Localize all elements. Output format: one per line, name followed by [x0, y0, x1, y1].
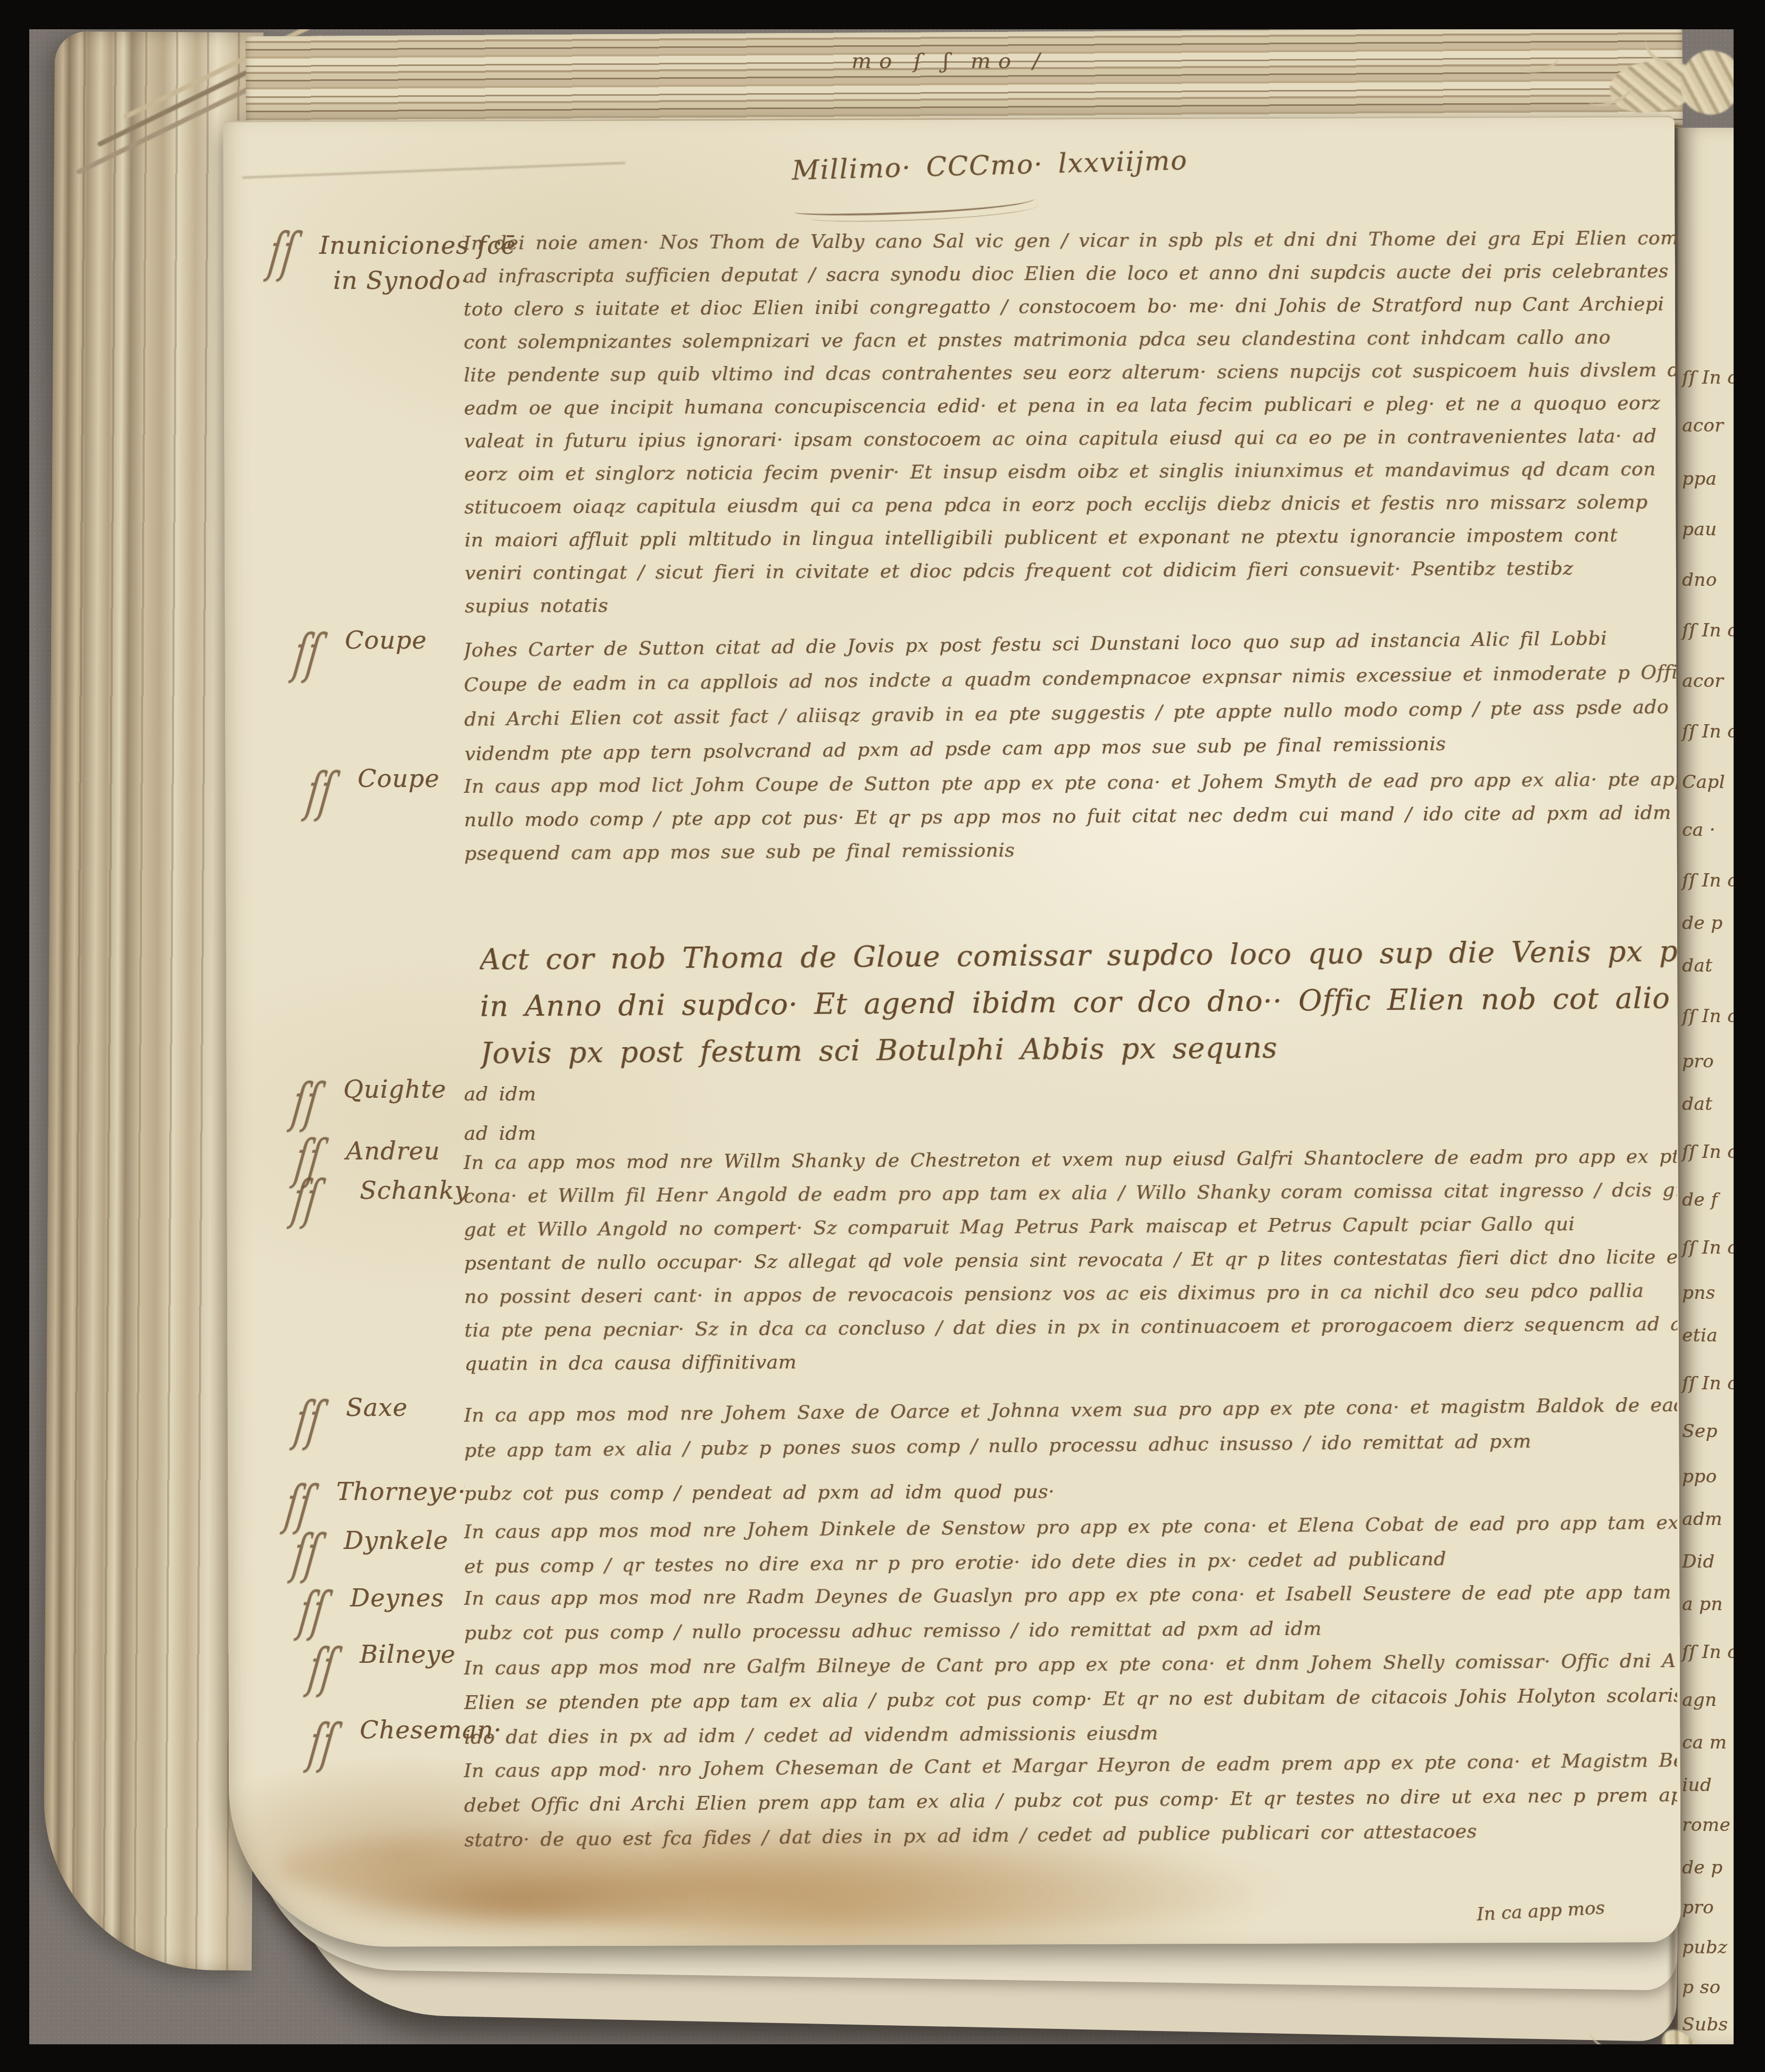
text-line: in maiori affluit ppli mltitudo in lingu… [465, 519, 1678, 557]
entry-coupe-1: ſſJohes Carter de Sutton citat ad die Jo… [463, 620, 1678, 772]
text-line: cont solempnizantes solempnizari ve facn… [463, 321, 1677, 359]
facing-page-line-stub: ſſ In c [1682, 1141, 1734, 1163]
facing-page-line-stub: pubz [1682, 1937, 1727, 1958]
text-line: psentant de nullo occupar· Sz allegat qd… [464, 1240, 1677, 1280]
manuscript-photo: ſſ In cacorppapaudnoſſ In cacorſſ In cCa… [0, 0, 1765, 2072]
facing-page-line-stub: pro [1682, 1897, 1714, 1918]
text-line: ad infrascripta sufficien deputat / sacr… [463, 255, 1677, 293]
text-line: Andreu [346, 1131, 469, 1171]
facing-page-line-stub: dat [1682, 1093, 1712, 1115]
facing-page-line-stub: de p [1682, 913, 1722, 934]
entry-coupe-2: ſſIn caus app mod lict Johm Coupe de Sut… [463, 763, 1677, 871]
text-line: cona· et Willm fil Henr Angold de eadm p… [463, 1173, 1677, 1213]
facing-page-line-stub: agn [1682, 1689, 1717, 1711]
facing-page-line-stub: a pn [1682, 1594, 1723, 1615]
text-line: lite pendente sup quib vltimo ind dcas c… [463, 354, 1677, 392]
entry-cheseman: ſſIn caus app mod· nro Johem Cheseman de… [463, 1743, 1678, 1858]
entry-saxe: ſſIn ca app mos mod nre Johem Saxe de Oa… [463, 1388, 1677, 1469]
margin-note-saxe: ſſSaxe [346, 1393, 408, 1422]
facing-page-line-stub: adm [1682, 1509, 1722, 1530]
margin-note-quighte: ſſQuighte [343, 1075, 446, 1104]
text-line: Dynkele [344, 1526, 449, 1555]
facing-page-line-stub: ppa [1682, 468, 1717, 490]
facing-page-line-stub: p so [1682, 1977, 1721, 1998]
entry-deynes: ſſIn caus app mos mod nre Radm Deynes de… [464, 1575, 1678, 1651]
margin-note-coupe-1: ſſCoupe [345, 626, 427, 654]
facing-page-line-stub: dat [1682, 955, 1712, 976]
text-line: quatin in dca causa diffinitivam [465, 1341, 1678, 1381]
frame-right [1734, 0, 1765, 2072]
facing-page-line-stub: dno [1682, 569, 1717, 591]
text-line: pubz cot pus comp / pendeat ad pxm ad id… [464, 1473, 1677, 1511]
margin-note-thorneye: ſſThorneye· [336, 1477, 466, 1506]
facing-page-line-stub: ſſ In c [1682, 620, 1734, 641]
text-line: Jovis px post festum sci Botulphi Abbis … [480, 1022, 1678, 1077]
facing-page-line-stub: pns [1682, 1282, 1716, 1304]
facing-page-line-stub: ſſ In c [1682, 721, 1734, 742]
facing-page-line-stub: ppo [1682, 1466, 1717, 1487]
facing-page-line-stub: Subs [1682, 2014, 1728, 2035]
facing-page-line-stub: ſſ In c [1682, 367, 1734, 388]
facing-page-line-stub: de f [1682, 1189, 1718, 1211]
text-line: Deynes [350, 1584, 444, 1612]
text-line: Saxe [346, 1393, 408, 1422]
frame-left [0, 0, 29, 2072]
facing-page-line-stub: iud [1682, 1775, 1712, 1796]
facing-page-line-stub: etia [1682, 1325, 1718, 1346]
text-line: valeat in futuru ipius ignorari· ipsam c… [464, 420, 1677, 458]
text-line: In caus app mos mod nre Radm Deynes de G… [464, 1575, 1677, 1616]
text-line: toto clero s iuitate et dioc Elien inibi… [463, 288, 1677, 326]
facing-page-line-stub: pro [1682, 1051, 1714, 1072]
margin-note-dynkele: ſſDynkele [344, 1526, 449, 1555]
margin-note-deynes: ſſDeynes [350, 1584, 444, 1612]
entry-thorneye: ſſpubz cot pus comp / pendeat ad pxm ad … [464, 1473, 1677, 1511]
text-line: ad idm [464, 1075, 1677, 1114]
text-line: Coupe [358, 764, 440, 793]
text-line: Elien se ptenden pte app tam ex alia / p… [464, 1678, 1677, 1720]
entry-bilneye: ſſIn caus app mos mod nre Galfm Bilneye … [463, 1644, 1677, 1755]
facing-page-sliver: ſſ In cacorppapaudnoſſ In cacorſſ In cCa… [1678, 128, 1734, 2044]
facing-page-line-stub: ſſ In c [1682, 1642, 1734, 1663]
facing-page-line-stub: acor [1682, 670, 1723, 692]
frame-bottom [0, 2044, 1765, 2072]
damp-stain [325, 1868, 708, 1937]
facing-page-line-stub: ca m [1682, 1732, 1727, 1753]
facing-page-line-stub: Capl [1682, 772, 1725, 793]
margin-note-coupe-2: ſſCoupe [358, 764, 440, 793]
margin-note-andreu-schanky: ſſ ſſAndreuSchanky [346, 1131, 469, 1210]
text-line: no possint deseri cant· in appos de revo… [464, 1274, 1677, 1314]
margin-note-bilneye: ſſBilneye [360, 1640, 455, 1669]
acta-session-heading: Act cor nob Thoma de Gloue comissar supd… [479, 928, 1678, 1077]
facing-page-line-stub: pau [1682, 519, 1717, 540]
text-line: eadm oe que incipit humana concupiscenci… [464, 387, 1677, 425]
facing-page-line-stub: ſſ In c [1682, 1373, 1734, 1394]
facing-page-line-stub: ſſ In c [1682, 1237, 1734, 1258]
text-line: veniri contingat / sicut fieri in civita… [465, 552, 1678, 590]
entry-schanky: ſſIn ca app mos mod nre Willm Shanky de … [463, 1140, 1678, 1381]
text-line: supius notatis [465, 585, 1678, 623]
text-line: stitucoem oiaqz capitula eiusdm qui ca p… [465, 486, 1678, 524]
facing-page-line-stub: ſſ In c [1682, 870, 1734, 891]
entry-synod-inhibition: ſſIn dei noie amen· Nos Thom de Valby ca… [463, 222, 1678, 623]
text-line: Coupe [345, 626, 427, 654]
facing-page-line-stub: acor [1682, 415, 1723, 436]
facing-page-line-stub: de p [1682, 1857, 1722, 1878]
text-line: Act cor nob Thoma de Gloue comissar supd… [479, 928, 1677, 983]
frame-top [0, 0, 1765, 29]
facing-page-line-stub: rome [1682, 1814, 1730, 1836]
facing-page-line-stub: ca · [1682, 819, 1716, 841]
text-line: in Anno dni supdco· Et agend ibidm cor d… [480, 975, 1678, 1030]
text-line: Schanky [360, 1171, 469, 1210]
text-line: In ca app mos mod nre Willm Shanky de Ch… [463, 1140, 1677, 1180]
entry-dynkele: ſſIn caus app mos mod nre Johem Dinkele … [464, 1505, 1678, 1584]
facing-page-line-stub: Did [1682, 1551, 1714, 1572]
text-line: gat et Willo Angold no compert· Sz compa… [464, 1207, 1677, 1247]
text-line: Quighte [343, 1075, 446, 1104]
text-line: Bilneye [360, 1640, 455, 1669]
facing-page-line-stub: ſſ In c [1682, 1006, 1734, 1027]
text-line: tia pte pena pecniar· Sz in dca ca concl… [465, 1307, 1678, 1347]
facing-page-line-stub: Sep [1682, 1421, 1718, 1442]
text-line: In dei noie amen· Nos Thom de Valby cano… [463, 222, 1676, 260]
text-line: eorz oim et singlorz noticia fecim pveni… [464, 453, 1677, 491]
year-superscript-marks: mo ſ ʃ mo / [851, 49, 1047, 73]
text-line: Thorneye· [336, 1477, 466, 1506]
